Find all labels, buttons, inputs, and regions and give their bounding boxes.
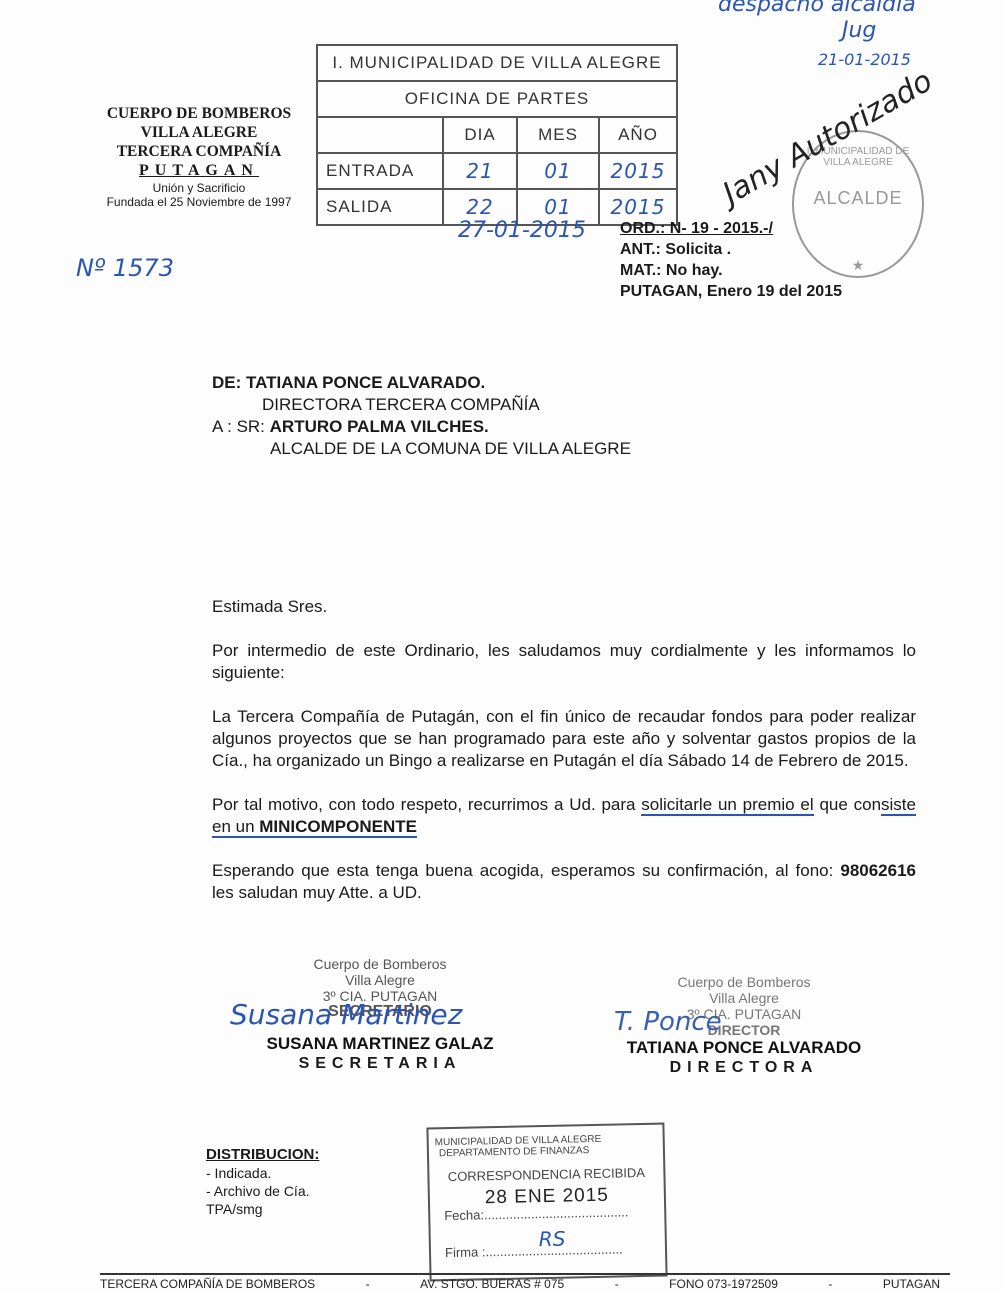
from-label: DE:: [212, 373, 241, 392]
letterhead: CUERPO DE BOMBEROS VILLA ALEGRE TERCERA …: [80, 104, 318, 209]
handwritten-signature: Susana Martinez: [230, 1006, 462, 1023]
letterhead-line1: CUERPO DE BOMBEROS: [80, 104, 318, 123]
footer-address: AV. STGO. BUERAS # 075: [420, 1277, 564, 1291]
to-label: A : SR:: [212, 417, 265, 436]
ref-place-date: PUTAGAN, Enero 19 del 2015: [620, 281, 842, 302]
handwritten-received-date: 27-01-2015: [458, 218, 586, 243]
stamp-line: Villa Alegre: [594, 990, 894, 1006]
stamp-line: Cuerpo de Bomberos: [230, 956, 530, 972]
p4-text: Esperando que esta tenga buena acogida, …: [212, 861, 840, 880]
prize-name: MINICOMPONENTE: [259, 817, 417, 836]
col-anio: AÑO: [599, 117, 677, 153]
addressing: DE: TATIANA PONCE ALVARADO. DIRECTORA TE…: [212, 372, 631, 460]
signer-title: SECRETARIA: [230, 1054, 530, 1074]
footer-org: TERCERA COMPAÑÍA DE BOMBEROS: [100, 1277, 315, 1291]
handwritten-initials: Jug: [842, 18, 876, 43]
stamp-line: Cuerpo de Bomberos: [594, 974, 894, 990]
handwritten-date: 21-01-2015: [818, 50, 911, 69]
letterhead-founded: Fundada el 25 Noviembre de 1997: [80, 195, 318, 209]
ref-ord: ORD.: N- 19 - 2015.-/: [620, 218, 842, 239]
letter-body: Estimada Sres. Por intermedio de este Or…: [212, 596, 916, 926]
signature-directora: Cuerpo de Bomberos Villa Alegre 3º CIA. …: [594, 974, 894, 1078]
distribution-title: DISTRIBUCION:: [206, 1146, 319, 1164]
stamp-corner: [317, 117, 443, 153]
signer-title: DIRECTORA: [594, 1058, 894, 1078]
letterhead-line2: VILLA ALEGRE: [80, 123, 318, 142]
footer-divider: [100, 1273, 950, 1275]
footer-sep: -: [366, 1277, 370, 1291]
signature-secretaria: Cuerpo de Bomberos Villa Alegre 3º CIA. …: [230, 956, 530, 1074]
footer: TERCERA COMPAÑÍA DE BOMBEROS - AV. STGO.…: [100, 1277, 940, 1291]
row-entrada: ENTRADA 21 01 2015: [317, 153, 677, 189]
distribution-item: - Indicada.: [206, 1164, 319, 1182]
distribution: DISTRIBUCION: - Indicada. - Archivo de C…: [206, 1146, 319, 1218]
paragraph-4: Esperando que esta tenga buena acogida, …: [212, 860, 916, 904]
greeting: Estimada Sres.: [212, 596, 916, 618]
from-title: DIRECTORA TERCERA COMPAÑÍA: [212, 394, 631, 416]
p3-text: que con: [814, 795, 881, 814]
footer-city: PUTAGAN: [883, 1277, 940, 1291]
row-label: ENTRADA: [317, 153, 443, 189]
entrada-anio: 2015: [599, 153, 677, 189]
p4-text: les saludan muy Atte. a UD.: [212, 883, 422, 902]
distribution-initials: TPA/smg: [206, 1200, 319, 1218]
ref-mat: MAT.: No hay.: [620, 260, 842, 281]
handwritten-number: Nº 1573: [76, 254, 174, 282]
to-title: ALCALDE DE LA COMUNA DE VILLA ALEGRE: [212, 438, 631, 460]
oficina-partes-stamp: I. MUNICIPALIDAD DE VILLA ALEGRE OFICINA…: [316, 44, 678, 226]
footer-sep: -: [615, 1277, 619, 1291]
row-label: SALIDA: [317, 189, 443, 225]
letterhead-line3: TERCERA COMPAÑÍA: [80, 142, 318, 161]
fin-title: CORRESPONDENCIA RECIBIDA: [429, 1165, 663, 1185]
handwritten-firma: RS: [539, 1227, 566, 1252]
p3-underlined: solicitarle un premio el: [641, 795, 813, 816]
stamp-subtitle: OFICINA DE PARTES: [317, 81, 677, 117]
handwritten-top-note: despacho alcaldía: [718, 0, 916, 17]
stamp-title: I. MUNICIPALIDAD DE VILLA ALEGRE: [317, 45, 677, 81]
from-name: TATIANA PONCE ALVARADO.: [246, 373, 485, 392]
letterhead-motto: Unión y Sacrificio: [80, 181, 318, 195]
entrada-mes: 01: [517, 153, 599, 189]
paragraph-1: Por intermedio de este Ordinario, les sa…: [212, 640, 916, 684]
col-mes: MES: [517, 117, 599, 153]
distribution-item: - Archivo de Cía.: [206, 1182, 319, 1200]
ref-ant: ANT.: Solicita .: [620, 239, 842, 260]
entrada-dia: 21: [443, 153, 517, 189]
p3-text: Por tal motivo, con todo respeto, recurr…: [212, 795, 641, 814]
paragraph-3: Por tal motivo, con todo respeto, recurr…: [212, 794, 916, 838]
to-name: ARTURO PALMA VILCHES.: [270, 417, 489, 436]
col-dia: DIA: [443, 117, 517, 153]
letterhead-city: PUTAGAN: [80, 161, 318, 181]
seal-center-text: ALCALDE: [794, 188, 922, 209]
handwritten-signature: T. Ponce: [614, 1014, 722, 1031]
signer-name: TATIANA PONCE ALVARADO: [594, 1038, 894, 1058]
paragraph-2: La Tercera Compañía de Putagán, con el f…: [212, 706, 916, 772]
finance-received-stamp: MUNICIPALIDAD DE VILLA ALEGRE DEPARTAMEN…: [426, 1123, 667, 1282]
signer-name: SUSANA MARTINEZ GALAZ: [230, 1034, 530, 1054]
footer-phone: FONO 073-1972509: [669, 1277, 778, 1291]
phone-number: 98062616: [840, 861, 916, 880]
stamp-line: Villa Alegre: [230, 972, 530, 988]
footer-sep: -: [828, 1277, 832, 1291]
references: ORD.: N- 19 - 2015.-/ ANT.: Solicita . M…: [620, 218, 842, 302]
